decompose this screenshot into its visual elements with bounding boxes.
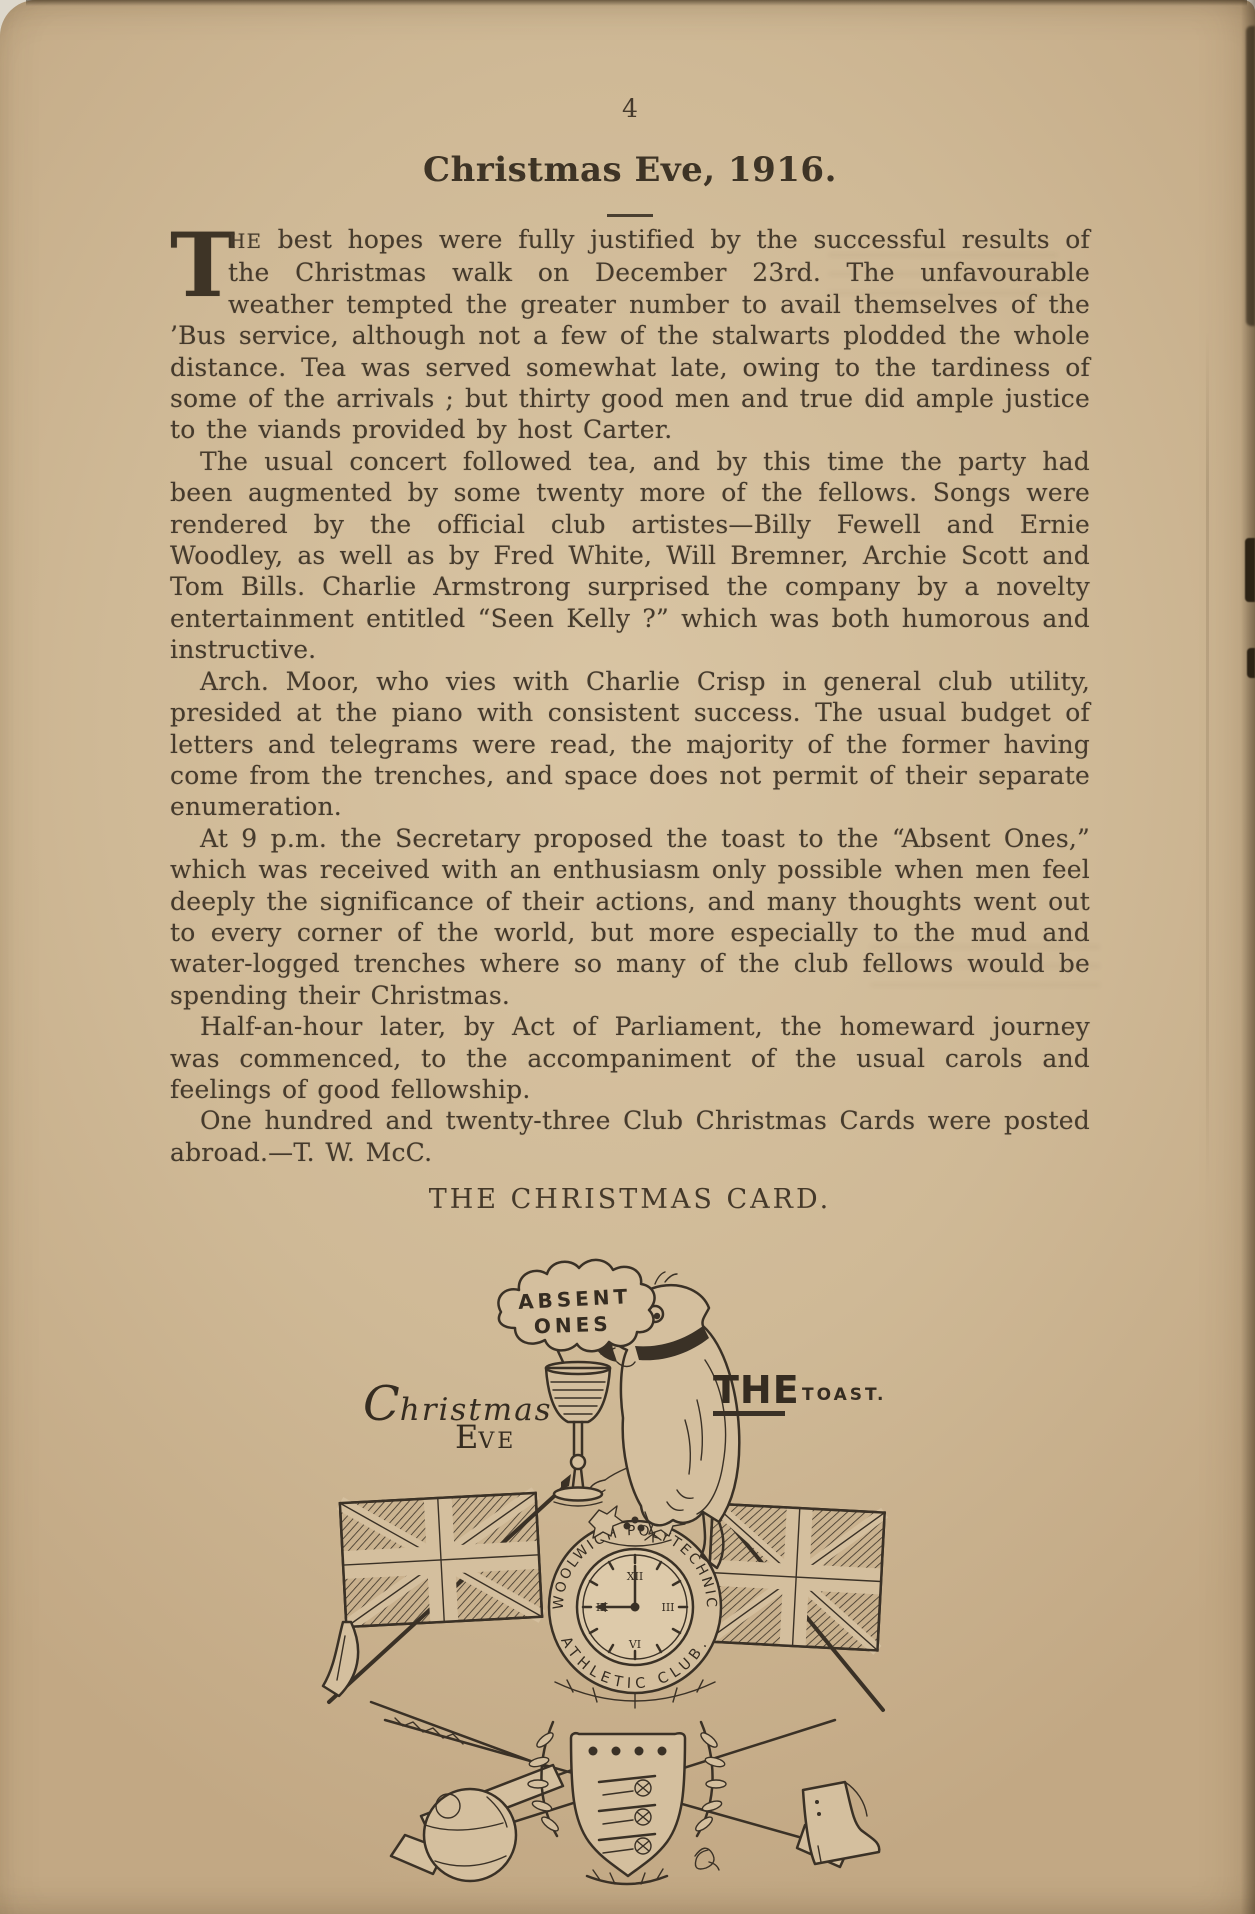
binding-mark [1247, 648, 1255, 678]
binding-mark [1245, 538, 1255, 602]
page-edge-dark-strip [1246, 26, 1255, 326]
caption-christmas-eve: Christmas EVE [363, 1376, 553, 1456]
clock-numeral: VI [628, 1638, 641, 1651]
artist-monogram [695, 1848, 719, 1870]
caption-the-toast: THE TOAST. [713, 1368, 886, 1416]
caption-the-underline [713, 1411, 785, 1416]
speech-bubble: ABSENT ONES [498, 1260, 654, 1351]
clock-numeral: III [661, 1601, 674, 1614]
caption-the: THE [713, 1368, 800, 1412]
paragraph-3: Arch. Moor, who vies with Charlie Crisp … [170, 666, 1090, 823]
paragraph-4: At 9 p.m. the Secretary proposed the toa… [170, 823, 1090, 1011]
woolwich-shield [571, 1733, 685, 1876]
drop-cap: T [170, 224, 228, 318]
page-title: Christmas Eve, 1916. [170, 150, 1090, 190]
christmas-card-illustration: XII III VI IX WOOLWICH POLYTECHNIC ATHLE… [305, 1250, 895, 1895]
paragraph-6: One hundred and twenty-three Club Christ… [170, 1105, 1090, 1168]
paragraph-1-text: best hopes were fully justified by the s… [170, 225, 1090, 444]
scanned-page: 4 Christmas Eve, 1916. THE best hopes we… [0, 0, 1255, 1914]
caption-toast: TOAST. [802, 1385, 886, 1405]
flag-left [323, 1474, 571, 1702]
paragraph-2: The usual concert followed tea, and by t… [170, 446, 1090, 666]
page-edge-shadow-top [26, 0, 1247, 6]
section-heading: THE CHRISTMAS CARD. [170, 1184, 1090, 1215]
paragraph-1: THE best hopes were fully justified by t… [170, 224, 1090, 446]
boot-illustration [803, 1782, 879, 1864]
page-number: 4 [170, 94, 1090, 123]
football-illustration [424, 1789, 516, 1881]
article-body: THE best hopes were fully justified by t… [170, 224, 1090, 1168]
page-crease [1206, 330, 1209, 1190]
lead-caps: HE [228, 229, 262, 253]
club-emblem: XII III VI IX WOOLWICH POLYTECHNIC ATHLE… [549, 1521, 721, 1693]
bubble-text-line2: ONES [533, 1312, 612, 1339]
title-rule [607, 214, 653, 217]
paragraph-5: Half-an-hour later, by Act of Parliament… [170, 1011, 1090, 1105]
